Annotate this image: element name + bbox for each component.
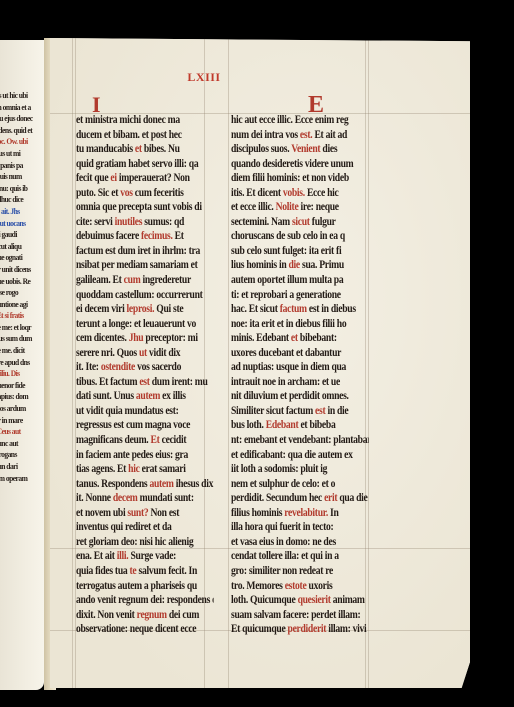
text-line: ue me: et loqr [0,322,41,334]
text-line: nun dari [0,461,41,473]
text-line: . Et si fratis [0,310,41,322]
text-line: ne me. dicit [0,345,41,357]
text-line: iam operam [0,473,41,485]
text-line: magnificans deum. Et cecidit [76,433,214,448]
text-line: puto. Sic et vos cum feceritis [76,186,214,201]
text-line: illi gaudi [0,229,41,241]
text-line: dati sunt. Unus autem ex illis [76,389,214,404]
text-line: ilius ut mi [0,148,41,160]
text-line: ure apud dns [0,357,41,369]
text-line: suam salvam facere: perdet illam: [231,608,369,623]
text-line: uxores ducebant et dabantur [231,346,369,361]
text-line: ur unit dicens [0,264,41,276]
text-line: diem filii hominis: et non videb [231,171,369,186]
text-line: et novem ubi sunt? Non est [76,506,214,521]
text-line: terunt a longe: et leuauerunt vo [76,317,214,332]
text-line: nsibat per mediam samariam et [76,258,214,273]
text-line: minis. Edebant et bibebant: [231,331,369,346]
ruling-line [228,38,229,688]
text-line: ret gloriam deo: nisi hic alienig [76,535,214,550]
text-line: nit diluvium et perdidit omnes. [231,389,369,404]
text-line: nem et sulphur de celo: et o [231,477,369,492]
left-page-text: llis ut hic ubiim omnia et ahiu ejus don… [0,90,41,484]
text-line: ducem et bibam. et post hec [76,128,214,143]
text-line: i cuis num [0,171,41,183]
text-line: et ecce illic. Nolite ire: neque [231,200,369,215]
text-line: buenor fide [0,380,41,392]
text-line: tanus. Respondens autem ihesus dix [76,477,214,492]
text-line: ii rogans [0,449,41,461]
text-line: mos ardum [0,403,41,415]
text-line: ir ut uocans [0,218,41,230]
text-line: filius hominis revelabitur. In [231,506,369,521]
text-line: que ognati [0,252,41,264]
text-line: cem dicentes. Jhu preceptor: mi [76,331,214,346]
text-line: choruscans de sub celo in ea q [231,229,369,244]
text-line: dixit. Non venit regnum dei cum [76,608,214,623]
text-line: terrogatus autem a phariseis qu [76,579,214,594]
text-line: itis. Et dicent vobis. Ecce hic [231,186,369,201]
text-line: galileam. Et cum ingrederetur [76,273,214,288]
text-line: ena. Et ait illi. Surge vade: [76,549,214,564]
text-line: intrauit noe in archam: et ue [231,375,369,390]
text-line: im omnia et a [0,102,41,114]
text-line: noe: ita erit et in diebus filii ho [231,317,369,332]
text-line: tro. Memores estote uxoris [231,579,369,594]
text-line: Et quicumque perdiderit illam: vivi [231,622,369,637]
text-line: fecit que ei imperauerat? Non [76,171,214,186]
text-line: lius hominis in die sua. Primu [231,258,369,273]
text-line: rius sum dum [0,333,41,345]
facing-left-page: llis ut hic ubiim omnia et ahiu ejus don… [0,40,44,690]
text-line: illa hora qui fuerit in tecto: [231,520,369,535]
text-line: iit loth a sodomis: pluit ig [231,462,369,477]
text-line: gro: similiter non redeat re [231,564,369,579]
text-line: cite: servi inutiles sumus: qd [76,215,214,230]
text-line: ti: et reprobari a generatione [231,288,369,303]
text-line: p nu: quis ib [0,183,41,195]
text-line: it. Ite: ostendite vos sacerdo [76,360,214,375]
text-line: hiu ejus donec [0,113,41,125]
text-line: it. Nonne decem mundati sunt: [76,491,214,506]
text-line: ipse rogo [0,287,41,299]
text-line: ia panis pa [0,160,41,172]
text-line: quando desideretis videre unum [231,157,369,172]
text-line: ur in mare [0,415,41,427]
text-line: hunc aut [0,438,41,450]
text-line: cendat tollere illa: et qui in a [231,549,369,564]
text-line: . Ceus aut [0,426,41,438]
text-column-right: hic aut ecce illic. Ecce enim regnum dei… [231,113,369,637]
text-line: ut vidit quia mundatus est: [76,404,214,419]
text-line: napius: dom [0,391,41,403]
text-line: factum est dum iret in ihrlm: tra [76,244,214,259]
text-line: nuntione agi [0,299,41,311]
text-line: nt: emebant et vendebant: plantabant [231,433,369,448]
folio-header: LXIII [184,70,224,85]
text-line: et ministra michi donec ma [76,113,214,128]
text-line: debuimus facere fecimus. Et [76,229,214,244]
text-line: observatione: neque dicent ecce [76,622,214,637]
text-line: ad nuptias: usque in diem qua [231,360,369,375]
text-line: quia fides tua te salvum fecit. In [76,564,214,579]
text-line: Similiter sicut factum est in die [231,404,369,419]
text-line: sub celo sunt fulget: ita erit fi [231,244,369,259]
text-line: quoddam castellum: occurrerunt [76,288,214,303]
text-line: hoc. Ow. ubi [0,136,41,148]
text-line: serere nri. Quos ut vidit dix [76,346,214,361]
text-line: hac. Et sicut factum est in diebus [231,302,369,317]
text-line: num dei intra vos est. Et ait ad [231,128,369,143]
text-line: ando venit regnum dei: respondens eis [76,593,214,608]
text-line: hic aut ecce illic. Ecce enim reg [231,113,369,128]
text-line: s filiu. Dis [0,368,41,380]
text-line: sectemini. Nam sicut fulgur [231,215,369,230]
text-line: ei decem viri leprosi. Qui ste [76,302,214,317]
text-line: iedens. quid et [0,125,41,137]
text-column-left: et ministra michi donec maducem et bibam… [76,113,214,637]
text-line: as ait. Jhs [0,206,41,218]
text-line: bus loth. Edebant et bibeba [231,418,369,433]
text-line: llis ut hic ubi [0,90,41,102]
text-line: adhuc dice [0,194,41,206]
text-line: tibus. Et factum est dum irent: mu [76,375,214,390]
text-line: tu manducabis et bibes. Nu [76,142,214,157]
text-line: inventus qui rediret et da [76,520,214,535]
text-line: due uobis. Re [0,276,41,288]
text-line: in faciem ante pedes eius: gra [76,448,214,463]
text-line: discipulos suos. Venient dies [231,142,369,157]
text-line: regressus est cum magna voce [76,418,214,433]
text-line: autem oportet illum multa pa [231,273,369,288]
text-line: et vasa eius in domo: ne des [231,535,369,550]
text-line: tias agens. Et hic erat samari [76,462,214,477]
text-line: loth. Quicumque quesierit animam [231,593,369,608]
text-line: omnia que precepta sunt vobis di [76,200,214,215]
ruling-line [72,38,73,688]
text-line: et edificabant: qua die autem ex [231,448,369,463]
text-line: sicut aliqu [0,241,41,253]
text-line: quid gratiam habet servo illi: qa [76,157,214,172]
text-line: perdidit. Secundum hec erit qua die [231,491,369,506]
